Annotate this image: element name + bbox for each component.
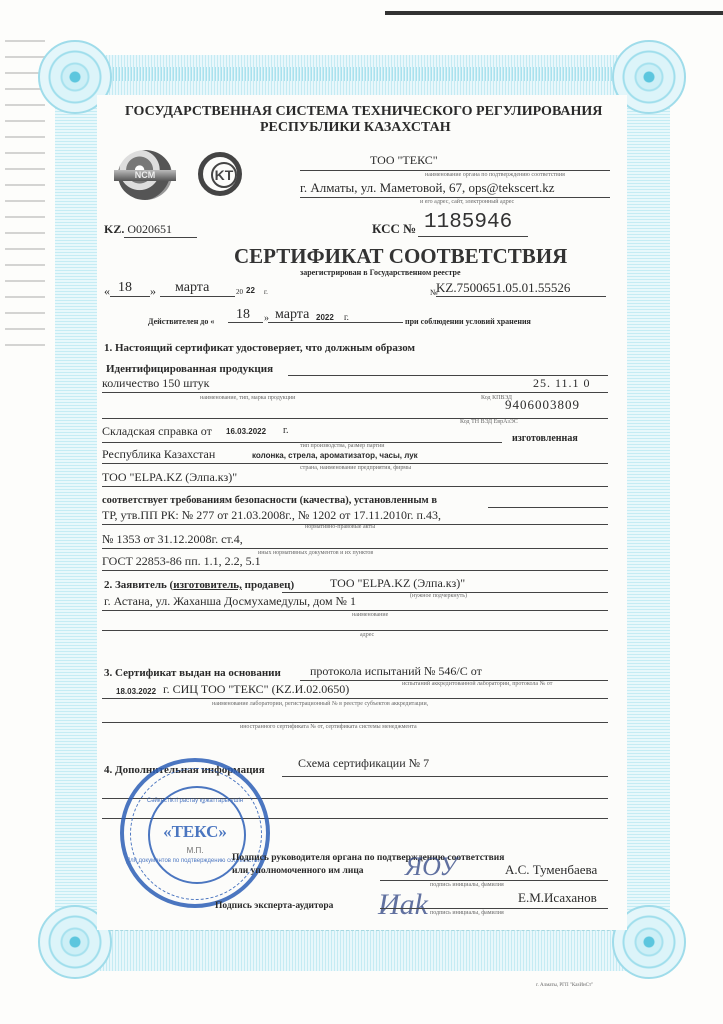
section-2-heading-suffix: продавец) [242, 579, 294, 591]
guilloche-wave [95, 67, 625, 81]
tnved-code: 9406003809 [505, 397, 580, 413]
caption: (нужное подчеркнуть) [410, 593, 467, 599]
guilloche-border-left [55, 55, 97, 970]
caption: адрес [360, 632, 374, 638]
product-quantity: количество 150 штук [102, 376, 209, 391]
section-1-heading: 1. Настоящий сертификат удостоверяет, чт… [104, 342, 415, 354]
caption: испытаний аккредитованной лаборатории, п… [402, 681, 552, 687]
caption: нормативно-правовые акты [305, 524, 375, 530]
registration-day: 18 [118, 280, 132, 296]
standard: ГОСТ 22853-86 пп. 1.1, 2.2, 5.1 [102, 554, 261, 569]
year-prefix: 20 [236, 288, 243, 296]
caption: Код ТН ВЭД ЕврАзЭС [460, 419, 518, 425]
protocol-date: 18.03.2022 [116, 687, 156, 696]
validity-day: 18 [236, 307, 250, 323]
additional-info: Схема сертификации № 7 [298, 756, 429, 771]
validity-month: марта [275, 307, 309, 323]
caption: подпись инициалы, фамилия [430, 882, 504, 888]
country: Республика Казахстан [102, 447, 215, 462]
scan-edge-mark [385, 11, 723, 15]
test-protocol: протокола испытаний № 546/С от [310, 664, 482, 679]
applicant-name: ТОО "ELPA.KZ (Элпа.кз)" [330, 576, 465, 591]
head-signature: ЯОУ [405, 852, 457, 882]
globe-logo-icon: NCM [118, 150, 172, 200]
caption: иностранного сертификата № от, сертифика… [240, 724, 417, 730]
caption: подпись инициалы, фамилия [430, 910, 504, 916]
head-signature-label-1: Подпись руководителя органа по подтвержд… [232, 853, 504, 863]
official-stamp: Сәйкестікті растау құжаттары үшін «ТЕКС»… [120, 758, 270, 908]
section-2-heading-prefix: 2. Заявитель ( [104, 579, 173, 591]
basis-label: Складская справка от [102, 424, 212, 439]
validity-year: 2022 [316, 313, 334, 322]
product-items: колонка, стрела, ароматизатор, часы, лук [252, 451, 418, 460]
head-signature-label-2: или уполномоченного им лица [232, 866, 364, 876]
compliance-text: соответствует требованиям безопасности (… [102, 495, 437, 506]
printer-mark: г. Алматы, РГП "КазИнСт" [536, 983, 593, 988]
basis-unit: г. [283, 425, 288, 436]
year-unit: г. [264, 288, 268, 296]
kss-label: КСС № [372, 221, 416, 237]
basis-date: 16.03.2022 [226, 427, 266, 436]
caption: наименование органа по подтверждению соо… [425, 172, 565, 178]
certification-body-address: г. Алматы, ул. Маметовой, 67, ops@teksce… [300, 180, 554, 196]
laboratory: г. СИЦ ТОО "ТЕКС" (KZ.И.02.0650) [163, 682, 349, 697]
auditor-signature: Иаk [378, 888, 428, 922]
product-label: Идентифицированная продукция [106, 363, 273, 375]
caption: наименование, тип, марка продукции [200, 395, 295, 401]
header-line-2: РЕСПУБЛИКИ КАЗАХСТАН [260, 120, 451, 136]
section-3-heading: 3. Сертификат выдан на основании [104, 667, 281, 679]
caption: наименование [352, 612, 388, 618]
caption: страна, наименование предприятия, фирмы [300, 465, 411, 471]
form-prefix: KZ. [104, 222, 124, 236]
auditor-name: Е.М.Исаханов [518, 890, 597, 906]
auditor-signature-label: Подпись эксперта-аудитора [215, 901, 333, 911]
kpved-code: 25. 11.1 0 [533, 376, 591, 391]
caption: наименование лаборатории, регистрационны… [212, 701, 428, 707]
caption: иных нормативных документов и их пунктов [258, 550, 373, 556]
quote: » [150, 284, 156, 299]
head-name: А.С. Туменбаева [505, 862, 597, 878]
registration-year: 22 [246, 286, 255, 295]
manufactured-label: изготовленная [512, 433, 578, 444]
caption: и его адрес, сайт, электронный адрес [420, 199, 514, 205]
regulation-1: ТР, утв.ПП РК: № 277 от 21.03.2008г., № … [102, 508, 441, 523]
guilloche-border-bottom [55, 930, 670, 971]
certification-body-name: ТОО "ТЕКС" [370, 153, 438, 168]
year-unit: г. [344, 312, 349, 322]
regulation-2: № 1353 от 31.12.2008г. ст.4, [102, 532, 243, 547]
caption: тип производства, размер партии [300, 443, 384, 449]
kt-logo-icon: KT [198, 152, 242, 196]
validity-label: Действителен до « [148, 317, 214, 326]
validity-condition: при соблюдении условий хранения [405, 317, 531, 326]
form-number: О020651 [127, 222, 172, 236]
guilloche-border-right [626, 55, 670, 970]
certificate-title: СЕРТИФИКАТ СООТВЕТСТВИЯ [234, 244, 567, 269]
registry-number: KZ.7500651.05.01.55526 [436, 280, 570, 296]
section-2-heading-underlined: изготовитель, [173, 579, 242, 591]
applicant-address: г. Астана, ул. Жаханша Досмухамедулы, до… [104, 594, 356, 609]
registration-month: марта [175, 280, 209, 296]
kss-number: 1185946 [424, 211, 512, 234]
manufacturer: ТОО "ELPA.KZ (Элпа.кз)" [102, 470, 237, 485]
header-line-1: ГОСУДАРСТВЕННАЯ СИСТЕМА ТЕХНИЧЕСКОГО РЕГ… [125, 104, 602, 120]
certificate-subtitle: зарегистрирован в Государственном реестр… [300, 268, 461, 277]
